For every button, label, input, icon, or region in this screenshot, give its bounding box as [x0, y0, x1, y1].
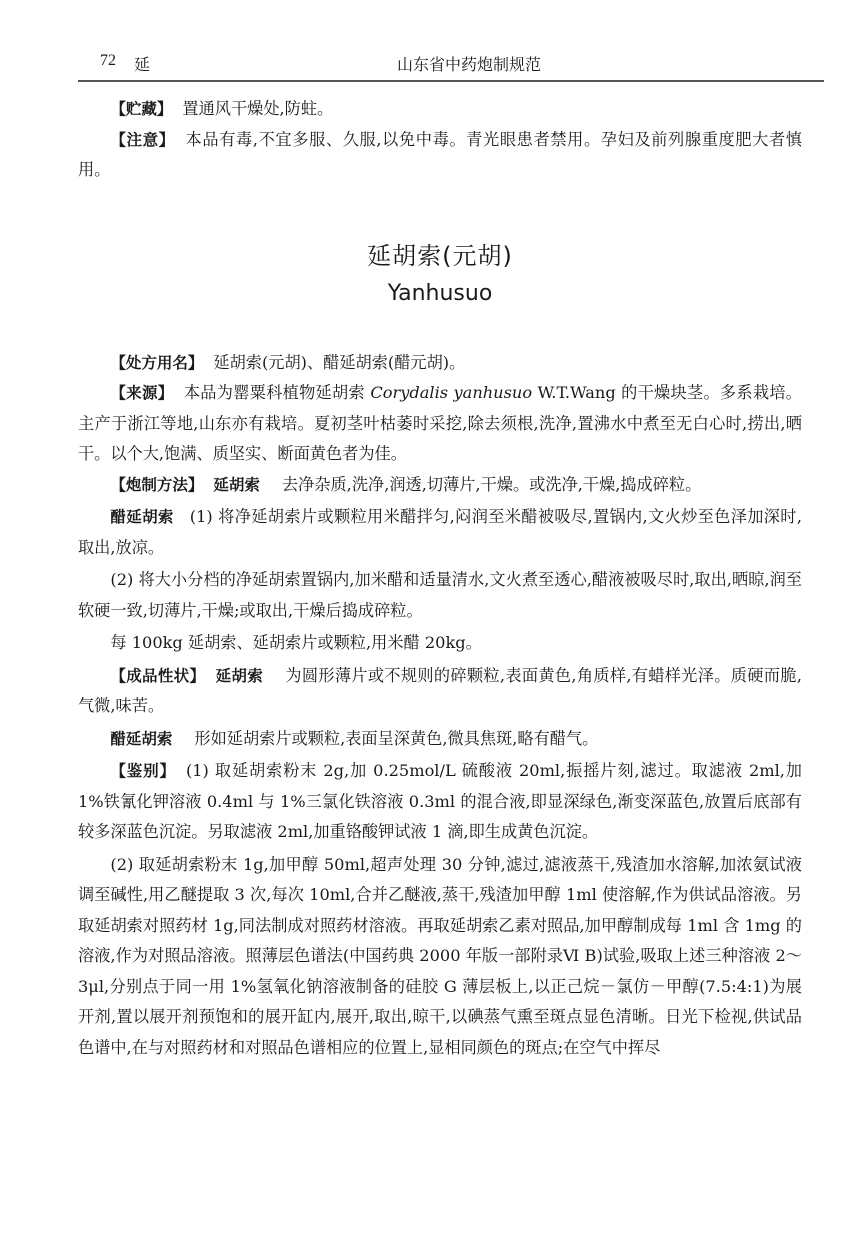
entry-title-block: 延胡索(元胡) Yanhusuo: [78, 238, 802, 310]
identification-paragraph: 【鉴别】(1) 取延胡索粉末 2g,加 0.25mol/L 硫酸液 20ml,振…: [78, 756, 802, 848]
caution-paragraph: 【注意】本品有毒,不宜多服、久服,以免中毒。青光眼患者禁用。孕妇及前列腺重度肥大…: [78, 125, 802, 186]
characteristics-label: 【成品性状】: [110, 667, 205, 685]
source-paragraph: 【来源】本品为罂粟科植物延胡索 Corydalis yanhusuo W.T.W…: [78, 378, 802, 470]
processing-item1-text: 去净杂质,洗净,润透,切薄片,干燥。或洗净,干燥,捣成碎粒。: [282, 475, 701, 494]
characteristics-item1-name: 延胡索: [215, 667, 263, 685]
prescription-names-paragraph: 【处方用名】延胡索(元胡)、醋延胡索(醋元胡)。: [78, 348, 802, 379]
prescription-names-label: 【处方用名】: [110, 354, 203, 372]
identification-label: 【鉴别】: [110, 762, 176, 780]
processing-item2-method2: (2) 将大小分档的净延胡索置锅内,加米醋和适量清水,文火煮至透心,醋液被吸尽时…: [78, 565, 802, 626]
processing-paragraph: 【炮制方法】延胡索去净杂质,洗净,润透,切薄片,干燥。或洗净,干燥,捣成碎粒。: [78, 470, 802, 501]
identification-test2: (2) 取延胡索粉末 1g,加甲醇 50ml,超声处理 30 分钟,滤过,滤液蒸…: [78, 850, 802, 1064]
latin-name: Corydalis yanhusuo: [370, 383, 532, 402]
header-rule: [78, 80, 824, 82]
processing-item2-name: 醋延胡索: [110, 508, 173, 526]
processing-item1-name: 延胡索: [213, 476, 260, 494]
storage-text: 置通风干燥处,防蛀。: [182, 99, 333, 118]
characteristics-item2-text: 形如延胡索片或颗粒,表面呈深黄色,微具焦斑,略有醋气。: [194, 729, 598, 748]
source-text-before: 本品为罂粟科植物延胡索: [184, 383, 371, 402]
entry-title: 延胡索(元胡): [78, 238, 802, 274]
caution-label: 【注意】: [110, 131, 175, 149]
identification-test1: (1) 取延胡索粉末 2g,加 0.25mol/L 硫酸液 20ml,振摇片刻,…: [78, 761, 802, 841]
storage-paragraph: 【贮藏】置通风干燥处,防蛀。: [78, 94, 802, 125]
processing-label: 【炮制方法】: [110, 476, 203, 494]
running-title: 山东省中药炮制规范: [78, 52, 820, 75]
page-header: 72 延 山东省中药炮制规范: [78, 48, 820, 76]
entry-pinyin: Yanhusuo: [78, 278, 802, 310]
processing-item2-paragraph: 醋延胡索(1) 将净延胡索片或颗粒用米醋拌匀,闷润至米醋被吸尽,置锅内,文火炒至…: [78, 502, 802, 563]
characteristics-paragraph: 【成品性状】延胡索为圆形薄片或不规则的碎颗粒,表面黄色,角质样,有蜡样光泽。质硬…: [78, 661, 802, 722]
page-body: 【贮藏】置通风干燥处,防蛀。 【注意】本品有毒,不宜多服、久服,以免中毒。青光眼…: [78, 94, 802, 1063]
processing-ratio: 每 100kg 延胡索、延胡索片或颗粒,用米醋 20kg。: [78, 628, 802, 659]
processing-item2-text1: (1) 将净延胡索片或颗粒用米醋拌匀,闷润至米醋被吸尽,置锅内,文火炒至色泽加深…: [78, 507, 802, 557]
storage-label: 【贮藏】: [110, 100, 172, 118]
source-label: 【来源】: [110, 384, 173, 402]
prescription-names-text: 延胡索(元胡)、醋延胡索(醋元胡)。: [213, 353, 465, 372]
caution-text: 本品有毒,不宜多服、久服,以免中毒。青光眼患者禁用。孕妇及前列腺重度肥大者慎用。: [78, 130, 802, 180]
characteristics-item2-paragraph: 醋延胡索形如延胡索片或颗粒,表面呈深黄色,微具焦斑,略有醋气。: [78, 724, 802, 755]
characteristics-item2-name: 醋延胡索: [110, 730, 172, 748]
